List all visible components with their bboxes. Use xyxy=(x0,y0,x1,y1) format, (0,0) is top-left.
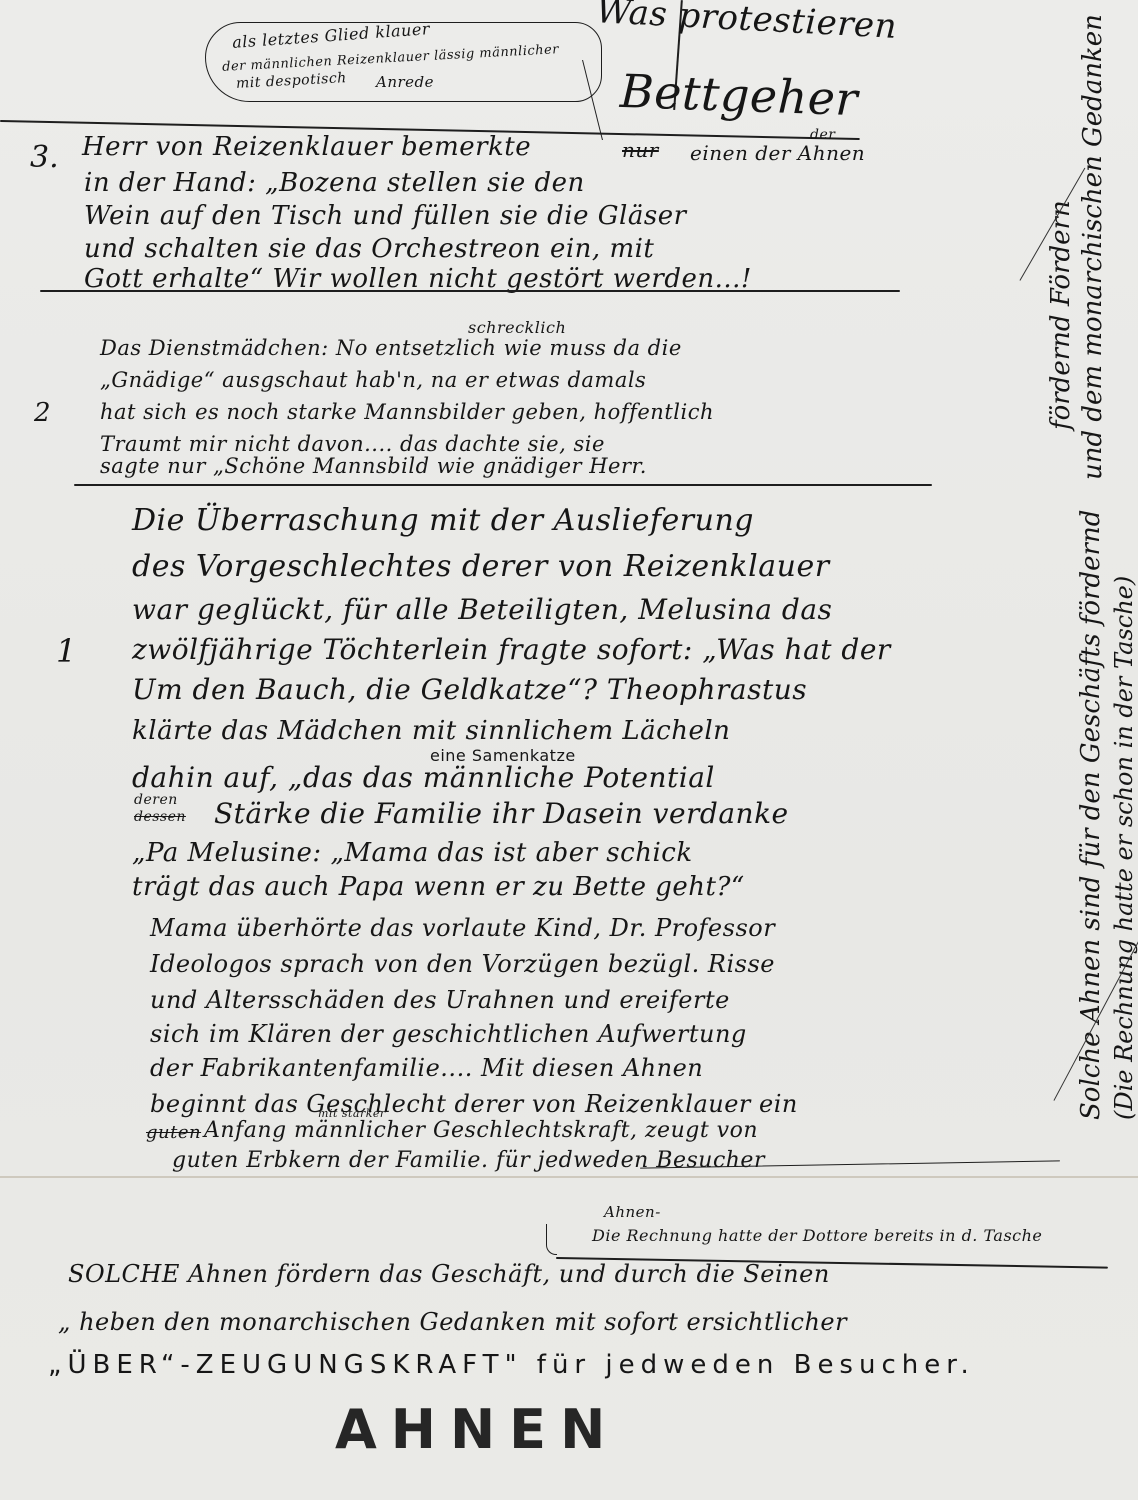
section3-line1: Herr von Reizenklauer bemerkte xyxy=(82,134,531,160)
top-right-phrase: Was protestieren xyxy=(595,0,898,44)
section1-line3: war geglückt, für alle Beteiligten, Melu… xyxy=(132,596,832,624)
bubble-note-line4: Anrede xyxy=(376,75,434,90)
section1-insert-deren: deren xyxy=(134,793,178,807)
section1-line17: Anfang männlicher Geschlechtskraft, zeug… xyxy=(204,1120,758,1142)
section3-line4: und schalten sie das Orchestreon ein, mi… xyxy=(84,236,654,262)
manuscript-page: Was protestieren als letztes Glied klaue… xyxy=(0,0,1138,1500)
title-bettgeher: Bettgeher xyxy=(619,68,858,122)
section3-struck-word: nur xyxy=(622,140,659,160)
right-margin-col2-lower: (Die Rechnung hatte er schon in der Tasc… xyxy=(1110,576,1138,1120)
section2-underline xyxy=(74,484,932,486)
section3-insert-superscript: der xyxy=(810,128,835,142)
section3-line2: in der Hand: „Bozena stellen sie den xyxy=(84,170,585,196)
section1-line11: Mama überhörte das vorlaute Kind, Dr. Pr… xyxy=(150,916,775,940)
section1-line9: „Pa Melusine: „Mama das ist aber schick xyxy=(132,840,693,866)
section1-line2: des Vorgeschlechtes derer von Reizenklau… xyxy=(132,552,830,582)
section-number-2: 2 xyxy=(34,398,51,428)
section1-line4: zwölfjährige Töchterlein fragte sofort: … xyxy=(132,636,891,664)
section1-struck-dessen: dessen xyxy=(134,810,186,824)
section-number-1: 1 xyxy=(56,632,76,670)
insert-bracket xyxy=(546,1224,557,1255)
paper-seam xyxy=(0,1176,1138,1178)
section2-superscript: schrecklich xyxy=(468,320,566,336)
section2-line3: hat sich es noch starke Mannsbilder gebe… xyxy=(100,402,714,423)
right-margin-col2-upper: und dem monarchischen Gedanken xyxy=(1078,14,1108,480)
section1-line12: Ideologos sprach von den Vorzügen bezügl… xyxy=(150,952,775,976)
section1-line14: sich im Klären der geschichtlichen Aufwe… xyxy=(150,1022,747,1046)
right-margin-col1-upper: fördernd Fördern xyxy=(1046,200,1076,430)
section1-line8: Stärke die Familie ihr Dasein verdanke xyxy=(214,800,789,828)
bottom-line3: „ÜBER“-ZEUGUNGSKRAFT" für jedweden Besuc… xyxy=(48,1350,975,1380)
section3-line5: Gott erhalte“ Wir wollen nicht gestört w… xyxy=(84,266,752,292)
section-number-3: 3. xyxy=(30,140,59,175)
section1-line10: trägt das auch Papa wenn er zu Bette geh… xyxy=(132,874,745,900)
section1-line6: klärte das Mädchen mit sinnlichem Lächel… xyxy=(132,718,730,744)
section2-line5: sagte nur „Schöne Mannsbild wie gnädiger… xyxy=(100,456,647,477)
bottom-insert-ahnen: Ahnen- xyxy=(604,1205,661,1220)
bottom-insert-rechnung: Die Rechnung hatte der Dottore bereits i… xyxy=(592,1228,1042,1244)
section2-line1: Das Dienstmädchen: No entsetzlich wie mu… xyxy=(100,338,682,359)
section3-underline xyxy=(40,290,900,292)
section3-insert: einen der Ahnen xyxy=(690,143,865,163)
section3-line3: Wein auf den Tisch und füllen sie die Gl… xyxy=(84,203,687,229)
section1-line15: der Fabrikantenfamilie.... Mit diesen Ah… xyxy=(150,1056,703,1080)
section2-line2: „Gnädige“ ausgschaut hab'n, na er etwas … xyxy=(100,370,646,391)
section1-line1: Die Überraschung mit der Auslieferung xyxy=(132,506,754,536)
bottom-line2: „ heben den monarchischen Gedanken mit s… xyxy=(58,1310,847,1334)
section1-line13: und Altersschäden des Urahnen und ereife… xyxy=(150,988,730,1012)
section1-line18: guten Erbkern der Familie. für jedweden … xyxy=(172,1150,765,1172)
section1-line16: beginnt das Geschlecht derer von Reizenk… xyxy=(150,1092,798,1116)
section1-line5: Um den Bauch, die Geldkatze“? Theophrast… xyxy=(132,676,807,704)
bottom-line1: SOLCHE Ahnen fördern das Geschäft, und d… xyxy=(68,1262,830,1286)
ahnen-stamp: AHNEN xyxy=(335,1398,619,1461)
section1-line7: dahin auf, „das das männliche Potential xyxy=(132,764,715,792)
section1-struck-guten: guten xyxy=(146,1124,201,1142)
section2-line4: Traumt mir nicht davon.... das dachte si… xyxy=(100,434,605,455)
